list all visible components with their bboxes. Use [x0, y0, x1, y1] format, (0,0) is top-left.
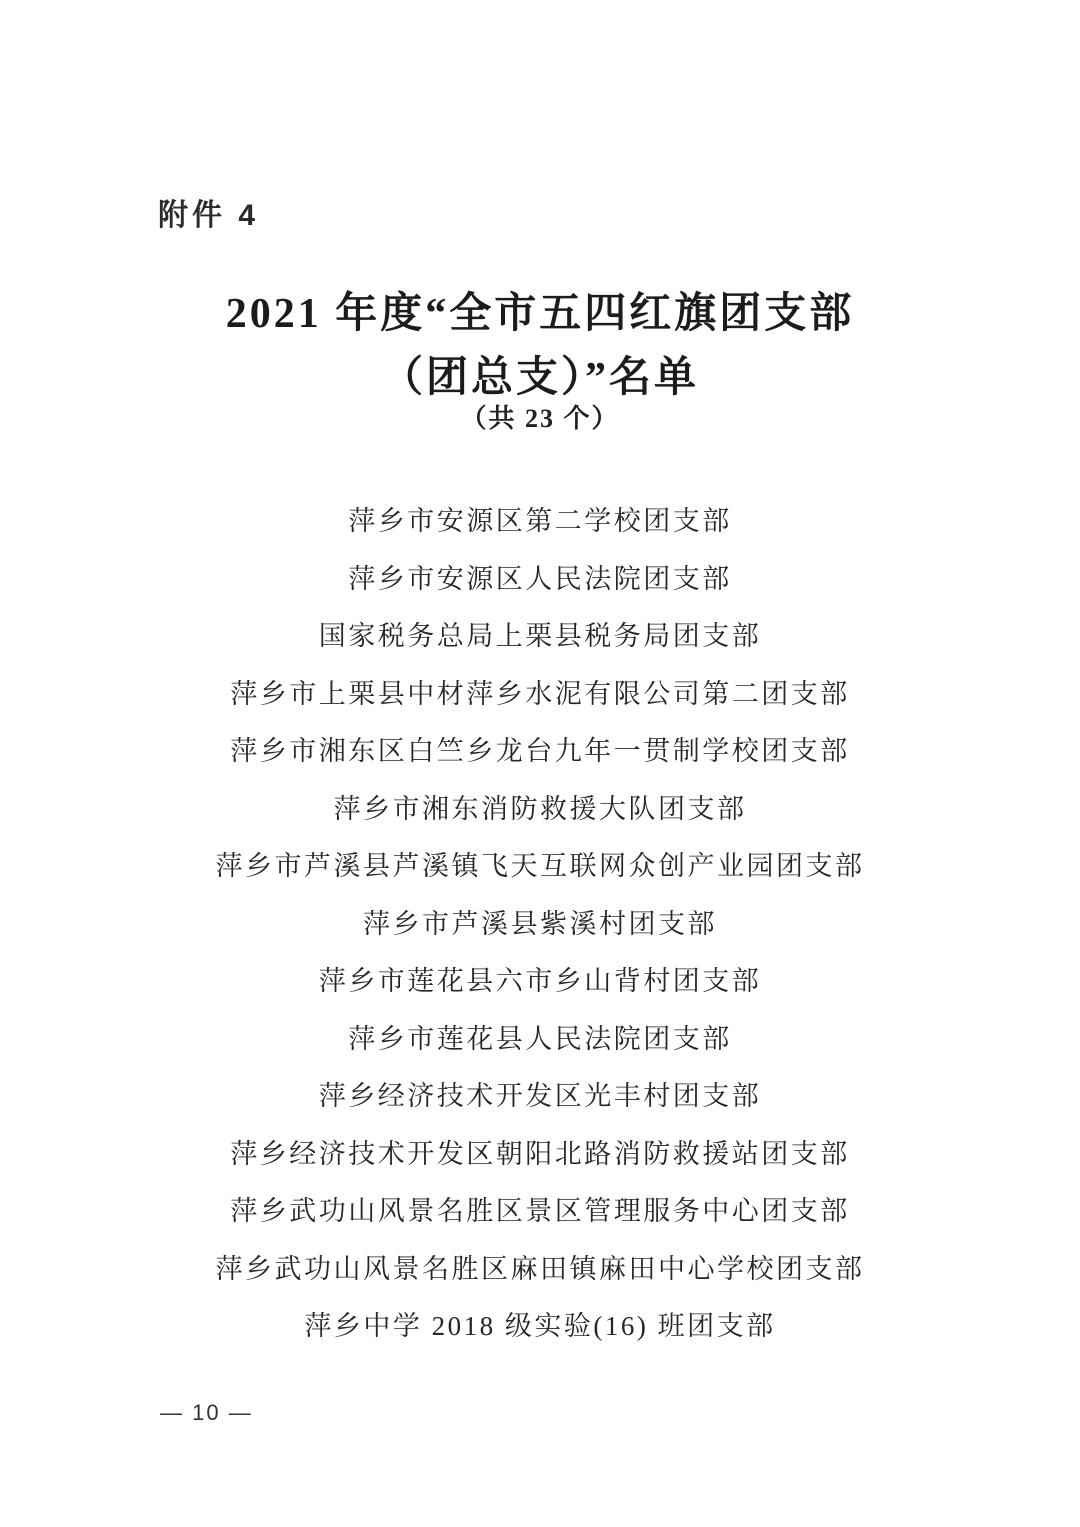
list-item: 萍乡市芦溪县芦溪镇飞天互联网众创产业园团支部	[0, 835, 1080, 893]
attachment-label: 附件 4	[158, 190, 259, 234]
list-item: 萍乡市莲花县人民法院团支部	[0, 1008, 1080, 1066]
branch-list: 萍乡市安源区第二学校团支部萍乡市安源区人民法院团支部国家税务总局上栗县税务局团支…	[0, 490, 1080, 1353]
list-item: 萍乡经济技术开发区朝阳北路消防救援站团支部	[0, 1123, 1080, 1181]
list-item: 萍乡武功山风景名胜区景区管理服务中心团支部	[0, 1180, 1080, 1238]
document-title: 2021 年度“全市五四红旗团支部 （团总支）”名单	[0, 282, 1080, 410]
list-item: 萍乡市莲花县六市乡山背村团支部	[0, 950, 1080, 1008]
list-item: 萍乡武功山风景名胜区麻田镇麻田中心学校团支部	[0, 1238, 1080, 1296]
list-item: 萍乡市安源区人民法院团支部	[0, 548, 1080, 606]
list-item: 萍乡中学 2018 级实验(16) 班团支部	[0, 1295, 1080, 1353]
page-number: — 10 —	[160, 1400, 253, 1426]
list-item: 萍乡市湘东消防救援大队团支部	[0, 778, 1080, 836]
count-note: （共 23 个）	[0, 398, 1080, 435]
list-item: 萍乡市芦溪县紫溪村团支部	[0, 893, 1080, 951]
document-page: 附件 4 2021 年度“全市五四红旗团支部 （团总支）”名单 （共 23 个）…	[0, 0, 1080, 1527]
list-item: 萍乡市上栗县中材萍乡水泥有限公司第二团支部	[0, 663, 1080, 721]
list-item: 萍乡经济技术开发区光丰村团支部	[0, 1065, 1080, 1123]
list-item: 萍乡市湘东区白竺乡龙台九年一贯制学校团支部	[0, 720, 1080, 778]
list-item: 萍乡市安源区第二学校团支部	[0, 490, 1080, 548]
list-item: 国家税务总局上栗县税务局团支部	[0, 605, 1080, 663]
document-title-line-1: 2021 年度“全市五四红旗团支部	[0, 282, 1080, 346]
